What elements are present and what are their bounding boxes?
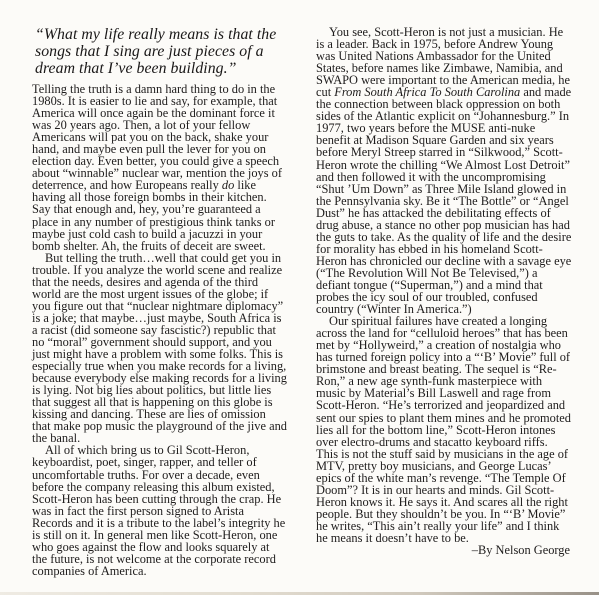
left-column-body: Telling the truth is a damn hard thing t… <box>32 83 287 577</box>
paragraph-2: But telling the truth…well that could ge… <box>32 252 287 445</box>
left-column: “What my life really means is that the s… <box>32 26 287 577</box>
pull-quote: “What my life really means is that the s… <box>35 26 287 77</box>
paragraph-5: Our spiritual failures have created a lo… <box>316 315 572 544</box>
liner-notes-page: “What my life really means is that the s… <box>0 0 599 595</box>
paragraph-4: You see, Scott-Heron is not just a music… <box>316 26 572 315</box>
author-byline: –By Nelson George <box>316 544 572 556</box>
right-column-body: You see, Scott-Heron is not just a music… <box>316 26 572 544</box>
right-column: You see, Scott-Heron is not just a music… <box>316 26 572 556</box>
paragraph-1: Telling the truth is a damn hard thing t… <box>32 83 287 252</box>
paragraph-3: All of which bring us to Gil Scott-Heron… <box>32 444 287 577</box>
